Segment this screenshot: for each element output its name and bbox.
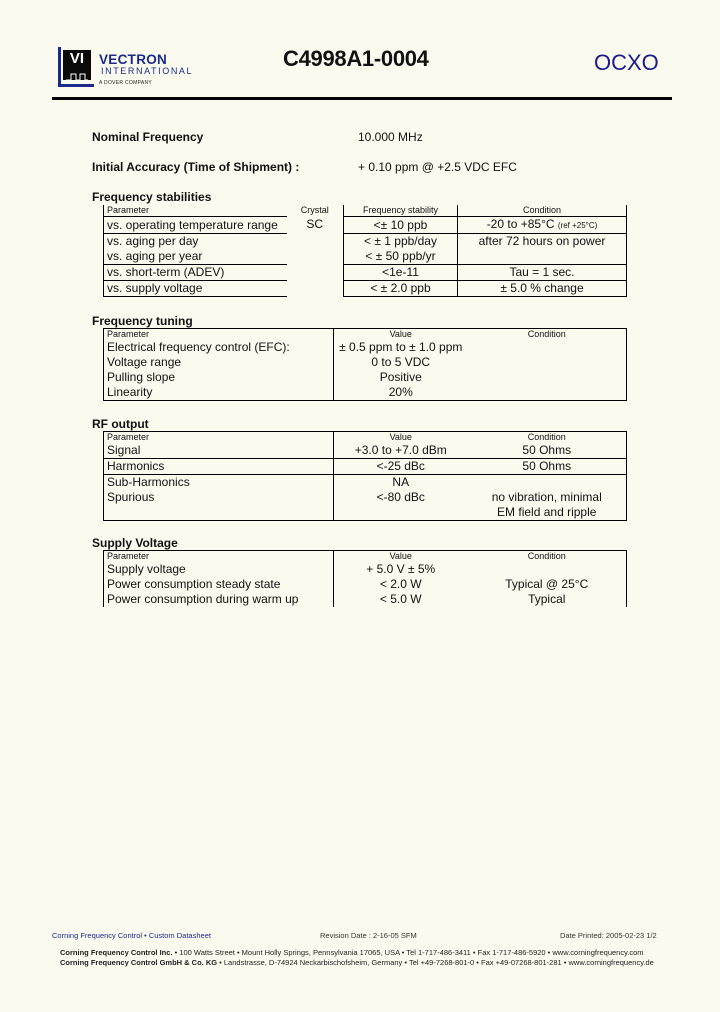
- parameter-cell: vs. aging per day: [104, 234, 287, 250]
- header-frequency-stability: Frequency stability: [344, 205, 458, 217]
- parameter-cell: Signal: [104, 443, 334, 459]
- parameter-cell: vs. operating temperature range: [104, 217, 287, 234]
- table-row: vs. operating temperature range SC <± 10…: [104, 217, 627, 234]
- header-divider: [52, 97, 672, 100]
- value-cell: Positive: [334, 370, 468, 385]
- parameter-cell: Pulling slope: [104, 370, 334, 385]
- table-row: Signal +3.0 to +7.0 dBm 50 Ohms: [104, 443, 627, 459]
- table-row: Electrical frequency control (EFC): ± 0.…: [104, 340, 627, 355]
- table-row: vs. aging per year < ± 50 ppb/yr: [104, 249, 627, 265]
- condition-text: -20 to +85°C: [487, 217, 555, 231]
- brand-subtitle: INTERNATIONAL: [101, 66, 193, 76]
- header-value: Value: [334, 329, 468, 341]
- header-parameter: Parameter: [104, 205, 287, 217]
- footer-company-de: Corning Frequency Control GmbH & Co. KG: [60, 958, 217, 967]
- condition-cell: ± 5.0 % change: [458, 281, 627, 297]
- section-title-frequency-tuning: Frequency tuning: [92, 314, 193, 328]
- header-parameter: Parameter: [104, 551, 334, 563]
- condition-cell: no vibration, minimal: [468, 490, 627, 505]
- footer-date-printed: Date Printed: 2005-02-23 1/2: [560, 931, 657, 940]
- section-title-rf-output: RF output: [92, 417, 149, 431]
- table-header-row: Parameter Crystal Frequency stability Co…: [104, 205, 627, 217]
- header-parameter: Parameter: [104, 432, 334, 444]
- condition-cell: [468, 340, 627, 355]
- value-cell: 0 to 5 VDC: [334, 355, 468, 370]
- parameter-cell: Electrical frequency control (EFC):: [104, 340, 334, 355]
- vectron-logo-mark: VI: [58, 47, 94, 87]
- parameter-cell: Supply voltage: [104, 562, 334, 577]
- table-row: Power consumption steady state < 2.0 W T…: [104, 577, 627, 592]
- table-row: Spurious <-80 dBc no vibration, minimal: [104, 490, 627, 505]
- parameter-cell: Sub-Harmonics: [104, 475, 334, 491]
- table-row: Sub-Harmonics NA: [104, 475, 627, 491]
- parameter-cell: Harmonics: [104, 459, 334, 475]
- parameter-cell: vs. aging per year: [104, 249, 287, 265]
- stability-cell: <1e-11: [344, 265, 458, 281]
- condition-cell: Tau = 1 sec.: [458, 265, 627, 281]
- logo-pulse-icon: [66, 69, 88, 77]
- value-cell: 20%: [334, 385, 468, 401]
- value-cell: [334, 505, 468, 521]
- table-row: Voltage range 0 to 5 VDC: [104, 355, 627, 370]
- table-row: vs. aging per day < ± 1 ppb/day after 72…: [104, 234, 627, 250]
- header-value: Value: [334, 432, 468, 444]
- initial-accuracy-label: Initial Accuracy (Time of Shipment) :: [92, 160, 299, 174]
- section-title-supply-voltage: Supply Voltage: [92, 536, 178, 550]
- table-row: Harmonics <-25 dBc 50 Ohms: [104, 459, 627, 475]
- table-row: Power consumption during warm up < 5.0 W…: [104, 592, 627, 607]
- footer-revision-date: Revision Date : 2-16-05 SFM: [320, 931, 417, 940]
- stability-cell: < ± 1 ppb/day: [344, 234, 458, 250]
- parameter-cell: Linearity: [104, 385, 334, 401]
- table-row: EM field and ripple: [104, 505, 627, 521]
- rf-output-table: Parameter Value Condition Signal +3.0 to…: [103, 431, 627, 521]
- value-cell: +3.0 to +7.0 dBm: [334, 443, 468, 459]
- supply-voltage-table: Parameter Value Condition Supply voltage…: [103, 550, 627, 607]
- condition-note: (ref +25°C): [558, 221, 597, 230]
- parameter-cell: [104, 505, 334, 521]
- condition-cell: [468, 370, 627, 385]
- table-header-row: Parameter Value Condition: [104, 432, 627, 444]
- header-condition: Condition: [468, 551, 627, 563]
- condition-cell: [468, 475, 627, 491]
- condition-cell: Typical @ 25°C: [468, 577, 627, 592]
- stability-cell: <± 10 ppb: [344, 217, 458, 234]
- part-number: C4998A1-0004: [283, 46, 429, 72]
- footer-address-us: Corning Frequency Control Inc. • 100 Wat…: [60, 948, 644, 957]
- header-condition: Condition: [468, 329, 627, 341]
- condition-cell: 50 Ohms: [468, 443, 627, 459]
- section-title-frequency-stabilities: Frequency stabilities: [92, 190, 211, 204]
- condition-cell: [468, 355, 627, 370]
- condition-cell: Typical: [468, 592, 627, 607]
- value-cell: < 5.0 W: [334, 592, 468, 607]
- condition-cell: EM field and ripple: [468, 505, 627, 521]
- value-cell: < 2.0 W: [334, 577, 468, 592]
- condition-cell: 50 Ohms: [468, 459, 627, 475]
- value-cell: <-80 dBc: [334, 490, 468, 505]
- parameter-cell: Voltage range: [104, 355, 334, 370]
- header-parameter: Parameter: [104, 329, 334, 341]
- footer-doc-label: Corning Frequency Control • Custom Datas…: [52, 931, 211, 940]
- condition-cell: [468, 385, 627, 401]
- condition-cell: after 72 hours on power: [458, 234, 627, 250]
- value-cell: + 5.0 V ± 5%: [334, 562, 468, 577]
- header-condition: Condition: [468, 432, 627, 444]
- value-cell: NA: [334, 475, 468, 491]
- product-type: OCXO: [594, 50, 659, 76]
- header-value: Value: [334, 551, 468, 563]
- stability-cell: < ± 50 ppb/yr: [344, 249, 458, 265]
- brand-tagline: A DOVER COMPANY: [99, 80, 152, 86]
- initial-accuracy-value: + 0.10 ppm @ +2.5 VDC EFC: [358, 160, 517, 174]
- nominal-frequency-label: Nominal Frequency: [92, 130, 203, 144]
- crystal-cell: SC: [287, 217, 344, 297]
- footer-address-us-text: • 100 Watts Street • Mount Holly Springs…: [173, 948, 644, 957]
- parameter-cell: Spurious: [104, 490, 334, 505]
- header-crystal: Crystal: [287, 205, 344, 217]
- stability-cell: < ± 2.0 ppb: [344, 281, 458, 297]
- parameter-cell: vs. supply voltage: [104, 281, 287, 297]
- table-row: Pulling slope Positive: [104, 370, 627, 385]
- condition-cell: -20 to +85°C (ref +25°C): [458, 217, 627, 234]
- value-cell: <-25 dBc: [334, 459, 468, 475]
- footer-address-de: Corning Frequency Control GmbH & Co. KG …: [60, 958, 654, 967]
- nominal-frequency-value: 10.000 MHz: [358, 130, 423, 144]
- table-row: vs. supply voltage < ± 2.0 ppb ± 5.0 % c…: [104, 281, 627, 297]
- footer-company-us: Corning Frequency Control Inc.: [60, 948, 173, 957]
- frequency-tuning-table: Parameter Value Condition Electrical fre…: [103, 328, 627, 401]
- table-header-row: Parameter Value Condition: [104, 329, 627, 341]
- brand-name: VECTRON: [99, 52, 167, 67]
- table-row: Supply voltage + 5.0 V ± 5%: [104, 562, 627, 577]
- table-row: Linearity 20%: [104, 385, 627, 401]
- condition-cell: [458, 249, 627, 265]
- frequency-stabilities-table: Parameter Crystal Frequency stability Co…: [103, 205, 627, 297]
- value-cell: ± 0.5 ppm to ± 1.0 ppm: [334, 340, 468, 355]
- parameter-cell: Power consumption during warm up: [104, 592, 334, 607]
- parameter-cell: Power consumption steady state: [104, 577, 334, 592]
- condition-cell: [468, 562, 627, 577]
- footer-address-de-text: • Landstrasse, D-74924 Neckarbischofshei…: [217, 958, 654, 967]
- header-condition: Condition: [458, 205, 627, 217]
- parameter-cell: vs. short-term (ADEV): [104, 265, 287, 281]
- table-header-row: Parameter Value Condition: [104, 551, 627, 563]
- table-row: vs. short-term (ADEV) <1e-11 Tau = 1 sec…: [104, 265, 627, 281]
